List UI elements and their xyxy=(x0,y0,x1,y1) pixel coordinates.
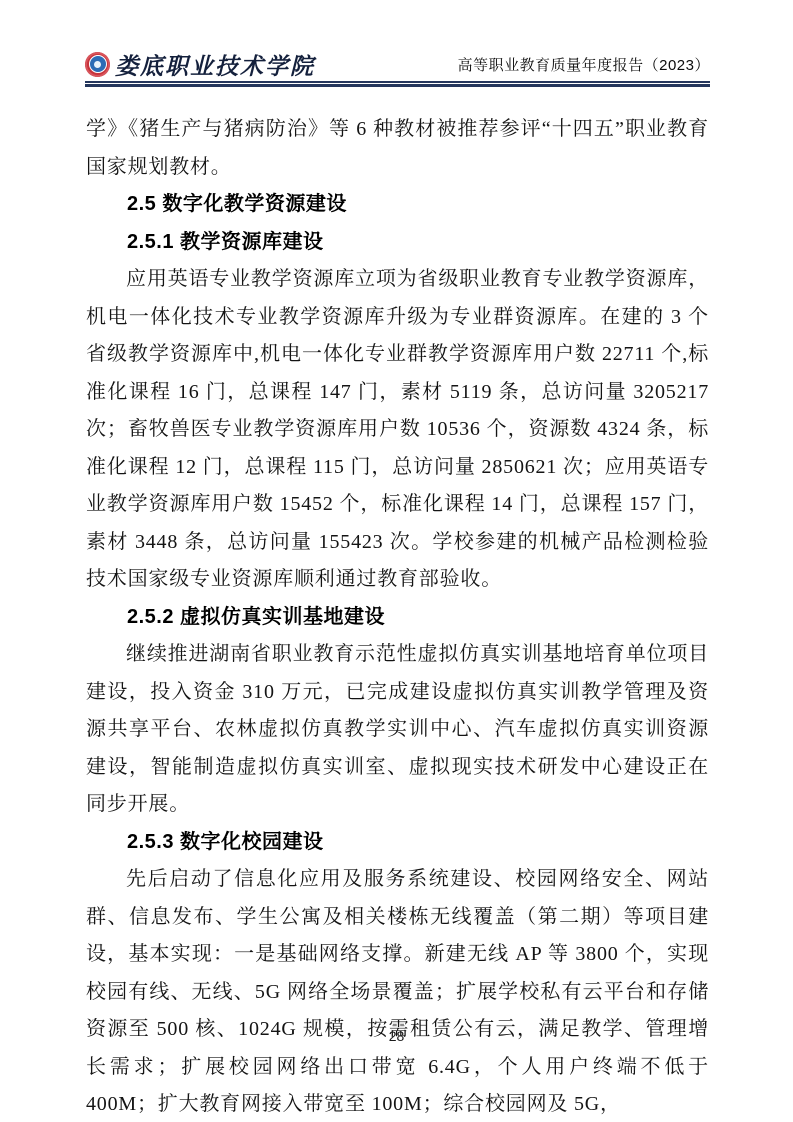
page-header: 娄底职业技术学院 高等职业教育质量年度报告（2023） xyxy=(85,48,710,80)
document-page: 娄底职业技术学院 高等职业教育质量年度报告（2023） 学》《猪生产与猪病防治》… xyxy=(0,0,793,1122)
section-heading: 2.5.2 虚拟仿真实训基地建设 xyxy=(86,599,709,637)
header-divider xyxy=(85,81,710,87)
document-body: 学》《猪生产与猪病防治》等 6 种教材被推荐参评“十四五”职业教育国家规划教材。… xyxy=(86,111,709,1122)
paragraph: 学》《猪生产与猪病防治》等 6 种教材被推荐参评“十四五”职业教育国家规划教材。 xyxy=(86,111,709,186)
page-footer: 28 xyxy=(0,1028,793,1044)
page-number: 28 xyxy=(389,1028,405,1044)
header-left: 娄底职业技术学院 xyxy=(85,48,315,81)
school-name: 娄底职业技术学院 xyxy=(115,48,315,81)
section-heading: 2.5.3 数字化校园建设 xyxy=(86,824,709,862)
paragraph: 先后启动了信息化应用及服务系统建设、校园网络安全、网站群、信息发布、学生公寓及相… xyxy=(86,861,709,1122)
paragraph: 应用英语专业教学资源库立项为省级职业教育专业教学资源库，机电一体化技术专业教学资… xyxy=(86,261,709,599)
section-heading: 2.5 数字化教学资源建设 xyxy=(86,186,709,224)
school-emblem-icon xyxy=(85,52,110,77)
school-emblem-core xyxy=(94,61,101,68)
report-title: 高等职业教育质量年度报告（2023） xyxy=(458,54,710,75)
section-heading: 2.5.1 教学资源库建设 xyxy=(86,224,709,262)
school-emblem-inner-ring xyxy=(89,55,107,73)
paragraph: 继续推进湖南省职业教育示范性虚拟仿真实训基地培育单位项目建设，投入资金 310 … xyxy=(86,636,709,824)
